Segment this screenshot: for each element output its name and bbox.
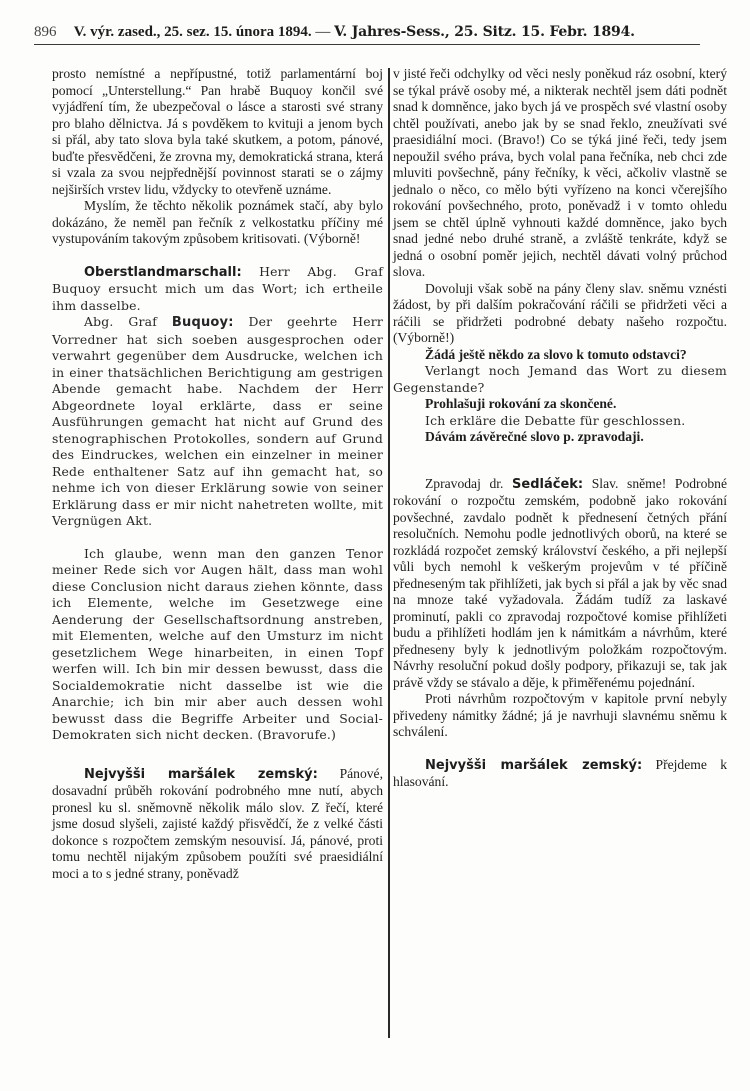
paragraph-proti: Proti návrhům rozpočtovým v kapitole prv… [393,691,727,741]
paragraph-ich-erklaere: Ich erkläre die Debatte für geschlossen. [393,413,727,430]
speech-text: Pánové, dosavadní průběh rokování podrob… [52,766,383,881]
paragraph-zpravodaj: Zpravodaj dr. Sedláček: Slav. sněme! Pod… [393,476,727,692]
paragraph-oberstlandmarschall: Oberstlandmarschall: Herr Abg. Graf Buqu… [52,264,383,315]
speech-text: Slav. sněme! Podrobné rokování o rozpočt… [393,476,727,690]
paragraph-buquoy: Abg. Graf Buquoy: Der geehrte Herr Vorre… [52,314,383,530]
header-separator: — [312,24,335,40]
paragraph-zada: Žádá ještě někdo za slovo k tomuto odsta… [393,347,727,364]
document-page: 896 V. výr. zased., 25. sez. 15. února 1… [0,0,750,1091]
paragraph-davam: Dávám závěrečné slovo p. zpravodaji. [393,429,727,446]
speaker-prefix: Abg. Graf [84,314,172,329]
speaker-name: Buquoy: [172,315,234,330]
left-column: prosto nemístné a nepřípustné, totiž par… [52,66,383,882]
paragraph-myslim: Myslím, že těchto několik poznámek stačí… [52,198,383,248]
paragraph-marsalek-final: Nejvyšši maršálek zemský: Přejdeme k hla… [393,757,727,791]
column-divider [388,68,390,1038]
paragraph-verlangt: Verlangt noch Jemand das Wort zu diesem … [393,363,727,396]
speaker-name: Nejvyšši maršálek zemský: [425,758,642,773]
header-czech-title: V. výr. zased., 25. sez. 15. února 1894. [74,24,312,40]
paragraph-continuation: prosto nemístné a nepřípustné, totiž par… [52,66,383,198]
paragraph-continuation: v jisté řeči odchylky od věci nesly poně… [393,66,727,281]
paragraph-ich-glaube: Ich glaube, wenn man den ganzen Tenor me… [52,546,383,744]
paragraph-prohlasuji: Prohlašuji rokování za skončené. [393,396,727,413]
running-header: 896 V. výr. zased., 25. sez. 15. února 1… [34,20,700,45]
speech-text: Der geehrte Herr Vorredner hat sich soeb… [52,314,383,528]
paragraph-dovoluji: Dovoluji však sobě na pány členy slav. s… [393,281,727,347]
header-german-title: V. Jahres-Sess., 25. Sitz. 15. Febr. 189… [334,24,635,40]
speaker-name: Sedláček: [512,477,583,492]
speaker-name: Oberstlandmarschall: [84,265,242,280]
speaker-name: Nejvyšši maršálek zemský: [84,767,318,782]
speaker-prefix: Zpravodaj dr. [425,476,512,491]
paragraph-marsalek: Nejvyšši maršálek zemský: Pánové, dosava… [52,766,383,883]
page-number: 896 [34,20,70,44]
right-column: v jisté řeči odchylky od věci nesly poně… [393,66,727,791]
